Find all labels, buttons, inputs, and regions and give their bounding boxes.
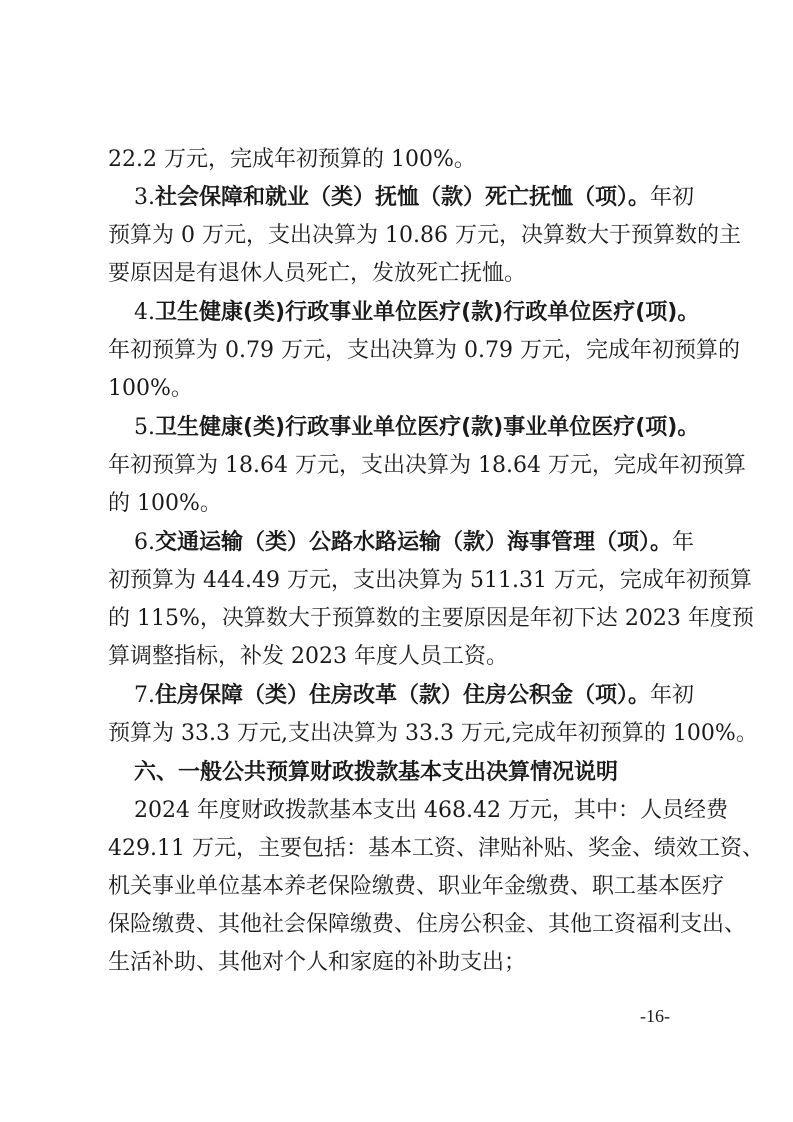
document-page: 22.2 万元，完成年初预算的 100%。 3.社会保障和就业（类）抚恤（款）死…	[0, 0, 793, 1122]
body-text: 年初	[650, 683, 694, 708]
item-title: 卫生健康(类)行政事业单位医疗(款)行政单位医疗(项)。	[155, 300, 699, 325]
paragraph-line: 2024 年度财政拨款基本支出 468.42 万元，其中：人员经费	[134, 792, 694, 830]
paragraph-line: 初预算为 444.49 万元，支出决算为 511.31 万元，完成年初预算	[108, 562, 694, 600]
item-number: 3.	[134, 185, 155, 210]
item-number: 6.	[134, 530, 155, 555]
body-text: 22.2 万元，完成年初预算的 100%。	[108, 147, 476, 172]
paragraph-line: 100%。	[108, 370, 694, 408]
body-text: 算调整指标，补发 2023 年度人员工资。	[108, 644, 508, 669]
body-text: 生活补助、其他对个人和家庭的补助支出；	[108, 950, 526, 975]
body-text: 年初	[650, 185, 694, 210]
body-text: 要原因是有退休人员死亡，发放死亡抚恤。	[108, 261, 526, 286]
body-text: 年	[672, 530, 694, 555]
paragraph-line: 的 100%。	[108, 485, 694, 523]
item-number: 4.	[134, 300, 155, 325]
body-text: 预算为 0 万元，支出决算为 10.86 万元，决算数大于预算数的主	[108, 223, 741, 248]
item-4-heading-line: 4.卫生健康(类)行政事业单位医疗(款)行政单位医疗(项)。	[134, 294, 694, 332]
body-text: 机关事业单位基本养老保险缴费、职业年金缴费、职工基本医疗	[108, 874, 724, 899]
item-5-heading-line: 5.卫生健康(类)行政事业单位医疗(款)事业单位医疗(项)。	[134, 409, 694, 447]
item-title: 住房保障（类）住房改革（款）住房公积金（项）。	[155, 683, 650, 708]
item-6-heading-line: 6.交通运输（类）公路水路运输（款）海事管理（项）。年	[134, 524, 694, 562]
body-text: 年初预算为 18.64 万元，支出决算为 18.64 万元，完成年初预算	[108, 453, 746, 478]
section-heading: 六、一般公共预算财政拨款基本支出决算情况说明	[134, 754, 694, 792]
paragraph-line: 22.2 万元，完成年初预算的 100%。	[108, 141, 694, 179]
body-text: 年初预算为 0.79 万元，支出决算为 0.79 万元，完成年初预算的	[108, 338, 740, 363]
body-text: 100%。	[108, 376, 193, 401]
item-number: 5.	[134, 415, 155, 440]
body-text: 429.11 万元，主要包括：基本工资、津贴补贴、奖金、绩效工资、	[108, 836, 764, 861]
paragraph-line: 算调整指标，补发 2023 年度人员工资。	[108, 638, 694, 676]
paragraph-line: 要原因是有退休人员死亡，发放死亡抚恤。	[108, 255, 694, 293]
paragraph-line: 预算为 0 万元，支出决算为 10.86 万元，决算数大于预算数的主	[108, 217, 694, 255]
section-title: 六、一般公共预算财政拨款基本支出决算情况说明	[134, 760, 618, 785]
paragraph-line: 机关事业单位基本养老保险缴费、职业年金缴费、职工基本医疗	[108, 868, 694, 906]
item-title: 交通运输（类）公路水路运输（款）海事管理（项）。	[155, 530, 672, 555]
body-text: 2024 年度财政拨款基本支出 468.42 万元，其中：人员经费	[134, 798, 728, 823]
page-number: -16-	[640, 1005, 670, 1027]
paragraph-line: 年初预算为 18.64 万元，支出决算为 18.64 万元，完成年初预算	[108, 447, 694, 485]
body-text: 预算为 33.3 万元,支出决算为 33.3 万元,完成年初预算的 100%。	[108, 721, 758, 746]
body-text: 初预算为 444.49 万元，支出决算为 511.31 万元，完成年初预算	[108, 568, 752, 593]
paragraph-line: 429.11 万元，主要包括：基本工资、津贴补贴、奖金、绩效工资、	[108, 830, 694, 868]
body-text: 的 115%，决算数大于预算数的主要原因是年初下达 2023 年度预	[108, 606, 754, 631]
paragraph-line: 生活补助、其他对个人和家庭的补助支出；	[108, 944, 694, 982]
body-text: 的 100%。	[108, 491, 222, 516]
item-title: 社会保障和就业（类）抚恤（款）死亡抚恤（项）。	[155, 185, 650, 210]
item-7-heading-line: 7.住房保障（类）住房改革（款）住房公积金（项）。年初	[134, 677, 694, 715]
paragraph-line: 保险缴费、其他社会保障缴费、住房公积金、其他工资福利支出、	[108, 906, 694, 944]
body-text: 保险缴费、其他社会保障缴费、住房公积金、其他工资福利支出、	[108, 912, 746, 937]
paragraph-line: 年初预算为 0.79 万元，支出决算为 0.79 万元，完成年初预算的	[108, 332, 694, 370]
item-number: 7.	[134, 683, 155, 708]
paragraph-line: 预算为 33.3 万元,支出决算为 33.3 万元,完成年初预算的 100%。	[108, 715, 694, 753]
item-3-heading-line: 3.社会保障和就业（类）抚恤（款）死亡抚恤（项）。年初	[134, 179, 694, 217]
paragraph-line: 的 115%，决算数大于预算数的主要原因是年初下达 2023 年度预	[108, 600, 694, 638]
item-title: 卫生健康(类)行政事业单位医疗(款)事业单位医疗(项)。	[155, 415, 699, 440]
